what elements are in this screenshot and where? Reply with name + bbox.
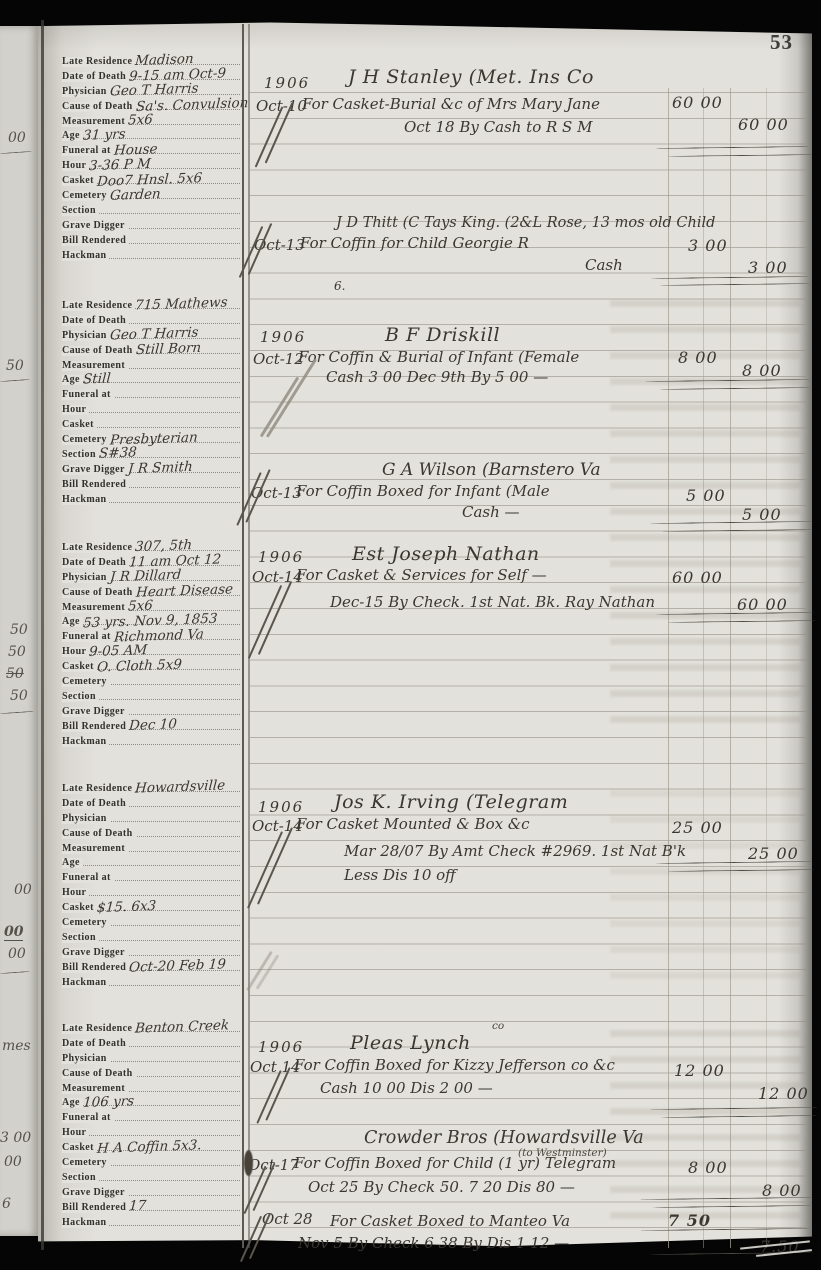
- field-hour: Hour: [62, 1123, 240, 1138]
- field-section: Section: [62, 201, 240, 216]
- field-grave-digger: Grave Digger: [62, 702, 240, 717]
- margin-fragment: 50: [10, 688, 28, 704]
- entry-text: Nov 5 By Check 6 38 By Dis 1 12 —: [298, 1236, 569, 1251]
- field-age: Age106 yrs: [62, 1094, 240, 1109]
- field-bill-rendered: Bill Rendered17: [62, 1198, 240, 1213]
- field-casket: CasketH A Coffin 5x3.: [62, 1138, 240, 1153]
- field-physician: PhysicianGeo T Harris: [62, 82, 240, 97]
- margin-fragment: 50: [8, 644, 26, 660]
- field-grave-digger: Grave DiggerJ R Smith: [62, 460, 240, 475]
- entry-debit-amount: 8 00: [688, 1160, 728, 1176]
- entry-credit-amount: 8 00: [742, 363, 782, 379]
- entry-debit-amount: 3 00: [688, 238, 728, 254]
- field-cemetery: Cemetery: [62, 913, 240, 928]
- field-label: Funeral at: [62, 632, 114, 642]
- field-physician: PhysicianJ R Dillard: [62, 568, 240, 583]
- form-ledger-divider: [242, 24, 244, 1248]
- field-label: Late Residence: [62, 784, 135, 794]
- entry-text: For Casket Mounted & Box &c: [296, 817, 530, 832]
- field-label: Measurement: [62, 844, 128, 854]
- record-block-5: Late ResidenceBenton Creek Date of Death…: [62, 1019, 240, 1228]
- field-label: Funeral at: [62, 1113, 114, 1123]
- record-block-3: Late Residence307, 5th Date of Death11 a…: [62, 538, 240, 747]
- field-label: Date of Death: [62, 72, 129, 82]
- field-cemetery: CemeteryPresbyterian: [62, 430, 240, 445]
- entry-text: For Casket Boxed to Manteo Va: [330, 1214, 570, 1229]
- entry-text: Cash 10 00 Dis 2 00 —: [320, 1081, 493, 1096]
- field-section: Section: [62, 1168, 240, 1183]
- entry-text: Oct 18 By Cash to R S M: [404, 120, 592, 135]
- field-label: Casket: [62, 903, 97, 913]
- field-label: Hackman: [62, 495, 109, 505]
- field-label: Hackman: [62, 737, 109, 747]
- field-label: Hackman: [62, 251, 109, 261]
- margin-fragment: 00: [4, 924, 23, 941]
- entry-year: 1906: [258, 550, 304, 565]
- field-label: Late Residence: [62, 57, 135, 67]
- field-label: Grave Digger: [62, 948, 128, 958]
- record-block-2: Late Residence715 Mathews Date of Death …: [62, 296, 240, 505]
- field-label: Measurement: [62, 361, 128, 371]
- entry-text: For Casket & Services for Self —: [296, 568, 547, 583]
- entry-credit-amount: 60 00: [737, 597, 788, 613]
- field-grave-digger: Grave Digger: [62, 943, 240, 958]
- entry-debit-amount: 60 00: [672, 95, 723, 111]
- field-label: Physician: [62, 1054, 110, 1064]
- field-value: 9-05 AM: [89, 644, 148, 660]
- field-value: $15. 6x3: [96, 900, 156, 916]
- field-label: Bill Rendered: [62, 1203, 129, 1213]
- entry-title: G A Wilson (Barnstero Va: [382, 462, 601, 479]
- field-hackman: Hackman: [62, 1213, 240, 1228]
- field-cause-of-death: Cause of DeathSa's. Convulsion: [62, 97, 240, 112]
- field-label: Section: [62, 1173, 99, 1183]
- field-label: Bill Rendered: [62, 480, 129, 490]
- page-number: 53: [770, 30, 793, 55]
- field-label: Physician: [62, 87, 110, 97]
- field-measurement: Measurement: [62, 1079, 240, 1094]
- field-late-residence: Late ResidenceHowardsville: [62, 779, 240, 794]
- field-grave-digger: Grave Digger: [62, 216, 240, 231]
- field-hour: Hour: [62, 883, 240, 898]
- field-late-residence: Late Residence715 Mathews: [62, 296, 240, 311]
- field-label: Physician: [62, 331, 110, 341]
- entry-credit-amount: 3 00: [748, 260, 788, 276]
- entry-credit-amount: 60 00: [738, 117, 789, 133]
- entry-debit-amount: 8 00: [678, 350, 718, 366]
- field-bill-rendered: Bill RenderedDec 10: [62, 717, 240, 732]
- entry-credit-amount: 12 00: [758, 1086, 809, 1102]
- field-value: Still Born: [135, 342, 201, 358]
- field-bill-rendered: Bill Rendered: [62, 475, 240, 490]
- entry-title: Jos K. Irving (Telegram: [334, 793, 568, 812]
- field-label: Cemetery: [62, 918, 110, 928]
- entry-year: 1906: [264, 76, 310, 91]
- field-label: Casket: [62, 662, 97, 672]
- field-label: Late Residence: [62, 543, 135, 553]
- record-block-4: Late ResidenceHowardsville Date of Death…: [62, 779, 240, 988]
- field-funeral-at: Funeral at: [62, 868, 240, 883]
- entry-title: Pleas Lynch: [350, 1034, 471, 1053]
- field-late-residence: Late ResidenceMadison: [62, 52, 240, 67]
- entry-debit-amount: 60 00: [672, 570, 723, 586]
- entry-title: Crowder Bros (Howardsville Va: [364, 1130, 644, 1148]
- field-measurement: Measurement: [62, 356, 240, 371]
- entry-text: Oct 25 By Check 50. 7 20 Dis 80 —: [308, 1180, 575, 1195]
- field-grave-digger: Grave Digger: [62, 1183, 240, 1198]
- field-value: 106 yrs: [82, 1095, 134, 1110]
- field-label: Age: [62, 858, 83, 868]
- entry-title: Est Joseph Nathan: [352, 545, 540, 564]
- field-label: Funeral at: [62, 390, 114, 400]
- field-hackman: Hackman: [62, 732, 240, 747]
- margin-fragment: 6: [2, 1196, 11, 1212]
- field-label: Casket: [62, 420, 97, 430]
- field-label: Date of Death: [62, 799, 129, 809]
- field-label: Section: [62, 206, 99, 216]
- field-label: Casket: [62, 1143, 97, 1153]
- entry-text: For Coffin Boxed for Kizzy Jefferson co …: [294, 1058, 615, 1073]
- entry-year: 1906: [260, 330, 306, 345]
- field-label: Hackman: [62, 1218, 109, 1228]
- margin-fragment: 50: [6, 358, 24, 374]
- field-section: SectionS#38: [62, 445, 240, 460]
- field-label: Date of Death: [62, 316, 129, 326]
- field-label: Grave Digger: [62, 707, 128, 717]
- field-label: Cause of Death: [62, 346, 136, 356]
- field-age: Age: [62, 854, 240, 869]
- field-late-residence: Late ResidenceBenton Creek: [62, 1019, 240, 1034]
- entry-text: Cash 3 00 Dec 9th By 5 00 —: [326, 370, 548, 385]
- field-cause-of-death: Cause of Death: [62, 1064, 240, 1079]
- field-age: Age53 yrs. Nov 9, 1853: [62, 613, 240, 628]
- entry-text: For Coffin Boxed for Infant (Male: [296, 484, 550, 499]
- entry-title: J H Stanley (Met. Ins Co: [348, 68, 594, 87]
- field-cause-of-death: Cause of DeathHeart Disease: [62, 583, 240, 598]
- field-hour: Hour3-36 P M: [62, 156, 240, 171]
- field-label: Section: [62, 450, 99, 460]
- field-label: Age: [62, 1098, 83, 1108]
- field-bill-rendered: Bill Rendered: [62, 231, 240, 246]
- field-date-of-death: Date of Death: [62, 1034, 240, 1049]
- entry-date: Oct-12: [253, 352, 304, 367]
- field-funeral-at: Funeral atHouse: [62, 141, 240, 156]
- field-label: Late Residence: [62, 1024, 135, 1034]
- field-value: S#38: [98, 447, 137, 462]
- entry-title: B F Driskill: [385, 326, 500, 345]
- field-label: Age: [62, 131, 83, 141]
- entry-text: Cash —: [462, 505, 520, 520]
- field-label: Date of Death: [62, 1039, 129, 1049]
- field-label: Physician: [62, 814, 110, 824]
- margin-fragment: 00: [8, 946, 26, 962]
- entry-credit-amount: 25 00: [748, 846, 799, 862]
- entry-text: For Casket-Burial &c of Mrs Mary Jane: [302, 97, 600, 112]
- field-label: Hour: [62, 888, 89, 898]
- field-label: Casket: [62, 176, 97, 186]
- entry-debit-amount: 5 00: [686, 488, 726, 504]
- field-label: Bill Rendered: [62, 963, 129, 973]
- field-label: Grave Digger: [62, 221, 128, 231]
- field-physician: Physician: [62, 809, 240, 824]
- field-label: Age: [62, 375, 83, 385]
- field-label: Funeral at: [62, 873, 114, 883]
- field-section: Section: [62, 928, 240, 943]
- field-label: Cemetery: [62, 435, 110, 445]
- margin-fragment: 00: [4, 1154, 22, 1170]
- entry-text: For Coffin Boxed for Child (1 yr) Telegr…: [294, 1156, 616, 1171]
- field-value: O. Cloth 5x9: [96, 658, 182, 675]
- entry-text: For Coffin & Burial of Infant (Female: [298, 350, 579, 365]
- field-label: Measurement: [62, 117, 128, 127]
- record-block-1: Late ResidenceMadison Date of Death9-15 …: [62, 52, 240, 261]
- field-date-of-death: Date of Death: [62, 311, 240, 326]
- field-age: AgeStill: [62, 371, 240, 386]
- entry-text: Less Dis 10 off: [344, 868, 456, 883]
- field-date-of-death: Date of Death9-15 am Oct-9: [62, 67, 240, 82]
- field-label: Hour: [62, 647, 89, 657]
- field-funeral-at: Funeral at: [62, 385, 240, 400]
- field-label: Bill Rendered: [62, 236, 129, 246]
- field-label: Grave Digger: [62, 1188, 128, 1198]
- field-label: Bill Rendered: [62, 722, 129, 732]
- entry-debit-amount: 12 00: [674, 1063, 725, 1079]
- field-cemetery: Cemetery: [62, 672, 240, 687]
- field-label: Hour: [62, 1128, 89, 1138]
- field-value: 3-36 P M: [89, 158, 152, 174]
- field-label: Cemetery: [62, 677, 110, 687]
- margin-fragment: 3 00: [0, 1130, 31, 1146]
- field-hour: Hour: [62, 400, 240, 415]
- field-label: Cause of Death: [62, 829, 136, 839]
- field-label: Hour: [62, 161, 89, 171]
- entry-text: Mar 28/07 By Amt Check #2969. 1st Nat B'…: [344, 844, 686, 859]
- field-label: Cause of Death: [62, 588, 136, 598]
- field-section: Section: [62, 687, 240, 702]
- field-value: 17: [129, 1200, 147, 1214]
- ink-blot: [244, 1150, 253, 1176]
- field-hour: Hour9-05 AM: [62, 642, 240, 657]
- margin-fragment: 00: [8, 130, 26, 146]
- entry-text: Cash: [585, 258, 623, 273]
- field-date-of-death: Date of Death11 am Oct 12: [62, 553, 240, 568]
- field-label: Grave Digger: [62, 465, 128, 475]
- entry-date: Oct 14: [250, 1060, 301, 1075]
- field-measurement: Measurement5x6: [62, 112, 240, 127]
- margin-fragment: 50: [6, 666, 24, 682]
- field-value: H A Coffin 5x3.: [96, 1139, 201, 1156]
- field-physician: PhysicianGeo T Harris: [62, 326, 240, 341]
- entry-debit-amount: 25 00: [672, 820, 723, 836]
- field-value: 5x6: [128, 600, 154, 614]
- field-physician: Physician: [62, 1049, 240, 1064]
- field-cause-of-death: Cause of Death: [62, 824, 240, 839]
- field-label: Measurement: [62, 1084, 128, 1094]
- field-value: Dec 10: [129, 718, 178, 733]
- entry-annotation: co: [492, 1021, 504, 1032]
- field-label: Hour: [62, 405, 89, 415]
- margin-fragment: 50: [10, 622, 28, 638]
- field-label: Hackman: [62, 978, 109, 988]
- field-label: Late Residence: [62, 301, 135, 311]
- entry-text: Dec-15 By Check. 1st Nat. Bk. Ray Nathan: [330, 595, 655, 610]
- field-date-of-death: Date of Death: [62, 794, 240, 809]
- field-value: J R Smith: [127, 461, 193, 477]
- field-cemetery: Cemetery: [62, 1153, 240, 1168]
- entry-year: 1906: [258, 1040, 304, 1055]
- field-cause-of-death: Cause of DeathStill Born: [62, 341, 240, 356]
- field-cemetery: CemeteryGarden: [62, 186, 240, 201]
- entry-title: J D Thitt (C Tays King. (2&L Rose, 13 mo…: [336, 216, 715, 231]
- field-hackman: Hackman: [62, 490, 240, 505]
- field-label: Date of Death: [62, 558, 129, 568]
- field-hackman: Hackman: [62, 246, 240, 261]
- field-label: Cemetery: [62, 1158, 110, 1168]
- field-label: Section: [62, 692, 99, 702]
- margin-fragment: mes: [2, 1038, 31, 1054]
- field-casket: Casket$15. 6x3: [62, 898, 240, 913]
- entry-debit-amount: 7 50: [668, 1213, 711, 1229]
- field-bill-rendered: Bill RenderedOct-20 Feb 19: [62, 958, 240, 973]
- entry-year: 1906: [258, 800, 304, 815]
- field-measurement: Measurement: [62, 839, 240, 854]
- field-label: Cause of Death: [62, 102, 136, 112]
- field-value: Still: [82, 372, 111, 387]
- field-age: Age31 yrs: [62, 127, 240, 142]
- field-value: 31 yrs: [82, 128, 125, 143]
- field-label: Age: [62, 617, 83, 627]
- field-label: Cemetery: [62, 191, 110, 201]
- field-label: Funeral at: [62, 146, 114, 156]
- field-value: 5x6: [128, 114, 154, 128]
- entry-text: For Coffin for Child Georgie R: [300, 236, 529, 251]
- field-label: Cause of Death: [62, 1069, 136, 1079]
- stray-mark: 6.: [334, 280, 345, 292]
- margin-fragment: 00: [14, 882, 32, 898]
- field-value: Garden: [109, 188, 161, 203]
- field-casket: Casket: [62, 415, 240, 430]
- field-label: Measurement: [62, 603, 128, 613]
- field-label: Physician: [62, 573, 110, 583]
- field-label: Section: [62, 933, 99, 943]
- binding: [41, 20, 44, 1250]
- ledger-page-scan: 53 Late ResidenceMadison Date of Death9-…: [0, 0, 821, 1270]
- field-hackman: Hackman: [62, 973, 240, 988]
